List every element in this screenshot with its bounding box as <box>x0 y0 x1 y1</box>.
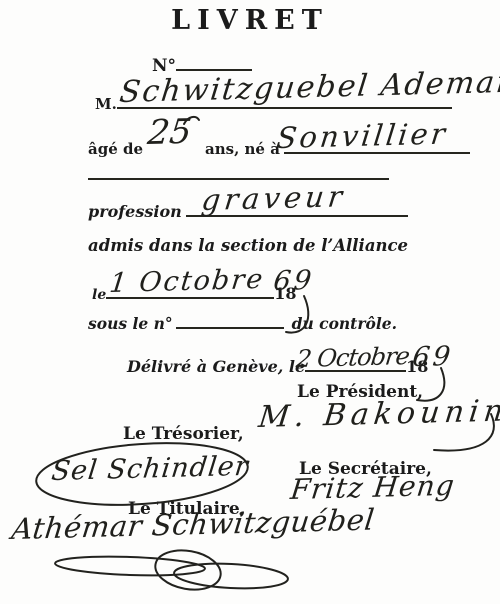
control-suffix-label: du contrôle. <box>292 316 397 332</box>
issue-year-handwriting: 69 <box>411 343 455 371</box>
number-blank-line <box>176 54 252 71</box>
extra-blank-row <box>88 163 389 180</box>
profession-handwriting: graveur <box>200 182 348 215</box>
admission-date-handwriting: 1 Octobre <box>108 266 266 297</box>
name-label: M. <box>95 97 117 112</box>
treasurer-signature: Sel Schindler <box>50 453 250 485</box>
holder-flourish-loop-2 <box>152 546 224 595</box>
admission-date-label: le <box>92 288 106 302</box>
issued-label: Délivré à Genève, le <box>127 359 305 375</box>
admission-text: admis dans la section de l’Alliance <box>88 238 408 255</box>
holder-flourish-loop-1 <box>55 554 206 577</box>
age-handwriting: 25 <box>146 115 193 150</box>
livret-document: LIVRET N° M. âgé de ans, né à profession… <box>0 0 500 604</box>
issue-date-handwriting: 2 Octobre <box>295 344 410 371</box>
control-number-label: sous le n° <box>88 316 173 332</box>
document-title: LIVRET <box>0 7 500 34</box>
admission-row: admis dans la section de l’Alliance <box>88 238 408 255</box>
number-label: N° <box>152 58 176 75</box>
control-number-row: sous le n° du contrôle. <box>88 312 397 332</box>
born-label: ans, né à <box>205 142 280 157</box>
extra-blank-line <box>88 163 389 180</box>
treasurer-label: Le Trésorier, <box>123 426 244 443</box>
secretary-signature: Fritz Heng <box>289 472 456 504</box>
birthplace-handwriting: Sonvillier <box>275 120 449 153</box>
profession-label: profession <box>88 204 182 220</box>
control-number-blank-line <box>176 312 284 329</box>
admission-year-handwriting: 69 <box>272 267 316 295</box>
holder-signature: Athémar Schwitzguébel <box>10 506 376 544</box>
president-signature: M. Bakounine <box>257 396 500 433</box>
age-label: âgé de <box>88 142 143 157</box>
holder-flourish-loop-3 <box>173 561 288 591</box>
